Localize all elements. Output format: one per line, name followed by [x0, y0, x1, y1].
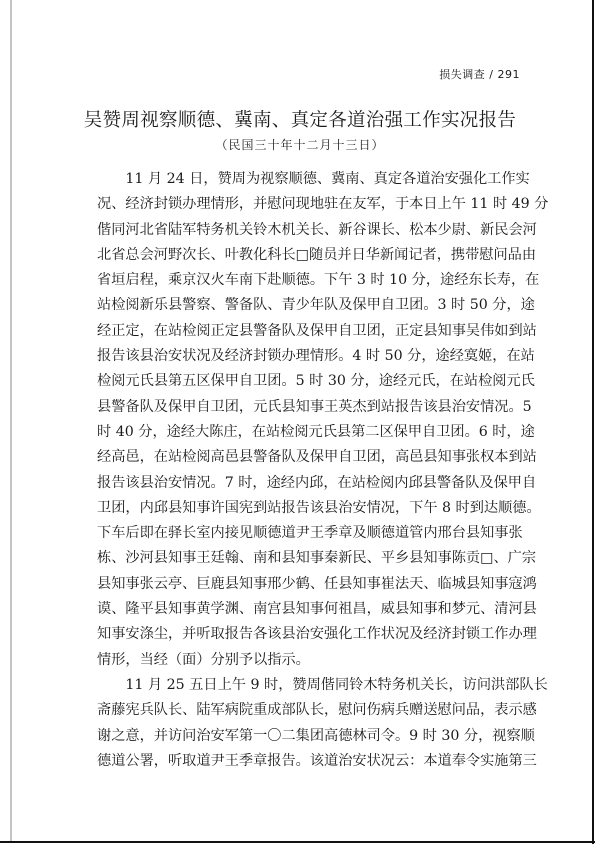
text-line: 情形，当经（面）分别予以指示。 — [97, 648, 515, 673]
text-line: 报告该县治安状况及经济封锁办理情形。4 时 50 分，途经寞姬，在站 — [97, 344, 515, 369]
text-line: 德道公署，听取道尹王季章报告。该道治安状况云：本道奉令实施第三 — [97, 749, 515, 774]
text-line: 省垣启程，乘京汉火车南下赴顺德。下午 3 时 10 分，途经东长寿，在 — [97, 268, 515, 293]
text-line: 11 月 24 日，赞周为视察顺德、冀南、真定各道治安强化工作实 — [97, 167, 515, 192]
paragraph-1: 11 月 24 日，赞周为视察顺德、冀南、真定各道治安强化工作实况、经济封锁办理… — [97, 167, 515, 673]
text-line: 谢之意，并访问治安军第一〇二集团高德林司令。9 时 30 分，视察顺 — [97, 724, 515, 749]
page-title: 吴赞周视察顺德、冀南、真定各道治强工作实况报告 — [60, 106, 540, 132]
text-line: 经高邑，在站检阅高邑县警备队及保甲自卫团，高邑县知事张权本到站 — [97, 445, 515, 470]
text-line: 谟、隆平县知事黄学渊、南宫县知事何祖昌，威县知事和梦元、清河县 — [97, 597, 515, 622]
text-line: 时 40 分，途经大陈庄，在站检阅元氏县第二区保甲自卫团。6 时，途 — [97, 420, 515, 445]
text-line: 况、经济封锁办理情形，并慰问现地驻在友军，于本日上午 11 时 49 分 — [97, 192, 515, 217]
page-subtitle: （民国三十年十二月十三日） — [60, 136, 540, 153]
page-right-border — [592, 0, 594, 844]
text-line: 站检阅新乐县警察、警备队、青少年队及保甲自卫团。3 时 50 分，途 — [97, 293, 515, 318]
text-line: 下车后即在驿长室内接见顺德道尹王季章及顺德道管内邢台县知事张 — [97, 521, 515, 546]
text-line: 卫团，内邱县知事许国宪到站报告该县治安情况，下午 8 时到达顺德。 — [97, 496, 515, 521]
text-line: 检阅元氏县第五区保甲自卫团。5 时 30 分，途经元氏，在站检阅元氏 — [97, 369, 515, 394]
body-text: 11 月 24 日，赞周为视察顺德、冀南、真定各道治安强化工作实况、经济封锁办理… — [97, 167, 515, 774]
paragraph-2: 11 月 25 五日上午 9 时，赞周偕同铃木特务机关长，访问洪部队长斋藤宪兵队… — [97, 673, 515, 774]
text-line: 报告该县治安情况。7 时，途经内邱，在站检阅内邱县警备队及保甲自 — [97, 471, 515, 496]
text-line: 偕同河北省陆军特务机关铃木机关长、新谷课长、松本少尉、新民会河 — [97, 218, 515, 243]
text-line: 11 月 25 五日上午 9 时，赞周偕同铃木特务机关长，访问洪部队长 — [97, 673, 515, 698]
text-line: 经正定，在站检阅正定县警备队及保甲自卫团，正定县知事吴伟如到站 — [97, 319, 515, 344]
text-line: 知事安涤尘，并听取报告各该县治安强化工作状况及经济封锁工作办理 — [97, 622, 515, 647]
page-left-border — [10, 0, 12, 842]
text-line: 北省总会河野次长、叶教化科长□随员并日华新闻记者，携带慰问品由 — [97, 243, 515, 268]
text-line: 栋、沙河县知事王廷翰、南和县知事秦新民、平乡县知事陈贡□、广宗 — [97, 546, 515, 571]
text-line: 县知事张云亭、巨鹿县知事邢少鹤、任县知事崔法天、临城县知事寇鸿 — [97, 572, 515, 597]
page-bottom-border — [0, 841, 595, 843]
running-head: 损失调查 / 291 — [420, 66, 520, 82]
text-line: 斋藤宪兵队长、陆军病院重成部队长，慰问伤病兵赠送慰问品，表示感 — [97, 698, 515, 723]
text-line: 县警备队及保甲自卫团，元氏县知事王英杰到站报告该县治安情况。5 — [97, 395, 515, 420]
